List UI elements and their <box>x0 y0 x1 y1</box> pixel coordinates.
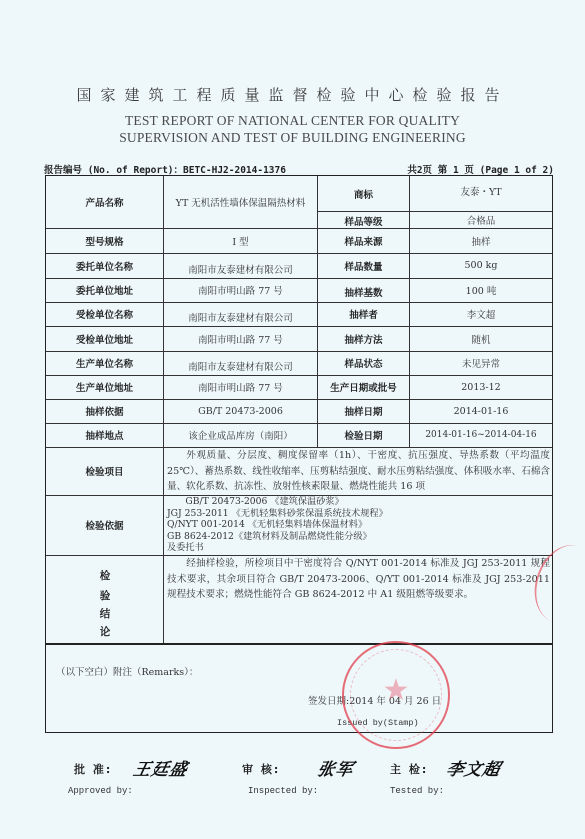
value-sampling-base: 100 吨 <box>410 278 552 302</box>
approved-label: 批 准: <box>74 761 112 777</box>
value-trademark: 友泰・YT <box>410 176 552 206</box>
basis-line: 及委托书 <box>167 542 550 554</box>
label-sampling-base: 抽样基数 <box>318 280 409 304</box>
value-conclusion: 经抽样检验，所检项目中干密度符合 Q/NYT 001-2014 标准及 JGJ … <box>167 556 550 603</box>
label-test-date: 检验日期 <box>318 423 409 447</box>
report-number: 报告编号 (No. of Report)：BETC-HJ2-2014-1376 <box>44 162 286 176</box>
value-sample-source: 抽样 <box>410 228 552 253</box>
conclusion-char: 结 <box>100 605 111 623</box>
value-sampling-location: 该企业成品库房（南阳） <box>164 423 317 447</box>
label-test-basis: 检验依据 <box>46 495 163 555</box>
tested-label: 主 检: <box>390 761 428 777</box>
basis-line: GB/T 20473-2006 《建筑保温砂浆》 <box>167 496 550 508</box>
report-number-line: 报告编号 (No. of Report)：BETC-HJ2-2014-1376 … <box>44 162 554 176</box>
label-sample-quantity: 样品数量 <box>318 253 409 278</box>
issued-by-stamp-label: Issued by(Stamp) <box>337 718 419 728</box>
value-sample-grade: 合格品 <box>410 211 552 228</box>
value-test-date: 2014-01-16~2014-04-16 <box>410 423 552 447</box>
inspected-by-label: Inspected by: <box>248 786 318 796</box>
basis-line: Q/NYT 001-2014 《无机轻集料墙体保温材料》 <box>167 519 550 531</box>
value-client-address: 南阳市明山路 77 号 <box>164 278 317 302</box>
conclusion-char: 论 <box>100 623 111 641</box>
tested-by-label: Tested by: <box>390 786 444 796</box>
value-test-basis: GB/T 20473-2006 《建筑保温砂浆》 JGJ 253-2011 《无… <box>167 496 550 554</box>
value-sampling-basis: GB/T 20473-2006 <box>164 399 317 423</box>
label-sampling-date: 抽样日期 <box>318 399 409 423</box>
label-production-date: 生产日期或批号 <box>318 375 409 399</box>
label-model-spec: 型号规格 <box>46 228 163 253</box>
label-client-address: 委托单位地址 <box>46 278 163 302</box>
value-production-date: 2013-12 <box>410 375 552 399</box>
basis-line: JGJ 253-2011 《无机轻集料砂浆保温系统技术规程》 <box>167 508 550 520</box>
label-sampler: 抽样者 <box>318 302 409 326</box>
label-sampling-basis: 抽样依据 <box>46 399 163 423</box>
divider <box>46 643 552 645</box>
conclusion-char: 验 <box>100 587 111 605</box>
basis-line: GB 8624-2012《建筑材料及制品燃烧性能分级》 <box>167 531 550 543</box>
value-sample-quantity: 500 kg <box>410 253 552 278</box>
signature-row: 批 准: 王廷盛 Approved by: 审 核: 张军 Inspected … <box>0 752 585 802</box>
value-test-items: 外观质量、分层度、稠度保留率（1h）、干密度、抗压强度、导热系数（平均温度 25… <box>167 448 550 495</box>
page-info: 共2页 第 1 页 (Page 1 of 2) <box>407 162 554 176</box>
value-sampling-date: 2014-01-16 <box>410 399 552 423</box>
value-producer-address: 南阳市明山路 77 号 <box>164 375 317 399</box>
value-product-name: YT 无机活性墙体保温隔热材料 <box>164 176 317 228</box>
label-inspected-unit-name: 受检单位名称 <box>46 302 163 326</box>
value-sample-condition: 未见异常 <box>410 351 552 375</box>
conclusion-char: 检 <box>100 565 111 587</box>
label-sample-condition: 样品状态 <box>318 351 409 375</box>
label-conclusion: 检 验 结 论 <box>46 555 164 641</box>
label-producer-name: 生产单位名称 <box>46 351 163 375</box>
test-report-page: 国家建筑工程质量监督检验中心检验报告 TEST REPORT OF NATION… <box>0 0 585 839</box>
label-sample-source: 样品来源 <box>318 228 409 253</box>
label-client-name: 委托单位名称 <box>46 253 163 278</box>
label-inspected-unit-address: 受检单位地址 <box>46 326 163 351</box>
value-sampler: 李文超 <box>410 302 552 326</box>
issue-date: 签发日期:2014 年 04 月 26 日 <box>308 693 441 707</box>
value-sampling-method: 随机 <box>410 326 552 351</box>
label-sampling-method: 抽样方法 <box>318 326 409 351</box>
inspected-signature: 张军 <box>315 755 356 780</box>
report-title-en-line1: TEST REPORT OF NATIONAL CENTER FOR QUALI… <box>0 113 585 129</box>
report-title-en-line2: SUPERVISION AND TEST OF BUILDING ENGINEE… <box>0 130 585 146</box>
value-inspected-unit-address: 南阳市明山路 77 号 <box>164 326 317 351</box>
label-producer-address: 生产单位地址 <box>46 375 163 399</box>
inspected-label: 审 核: <box>242 761 280 777</box>
report-table: 产品名称 YT 无机活性墙体保温隔热材料 型号规格 I 型 委托单位名称 南阳市… <box>45 175 553 733</box>
report-title-cn: 国家建筑工程质量监督检验中心检验报告 <box>0 84 585 105</box>
label-test-items: 检验项目 <box>46 447 163 495</box>
label-product-name: 产品名称 <box>46 176 163 228</box>
label-sampling-location: 抽样地点 <box>46 423 163 447</box>
remarks-label: （以下空白）附注（Remarks）： <box>56 664 198 678</box>
label-trademark: 商标 <box>318 176 409 211</box>
value-model-spec: I 型 <box>164 228 317 253</box>
approved-signature: 王廷盛 <box>131 755 190 780</box>
approved-by-label: Approved by: <box>68 786 133 796</box>
tested-signature: 李文超 <box>444 755 503 780</box>
